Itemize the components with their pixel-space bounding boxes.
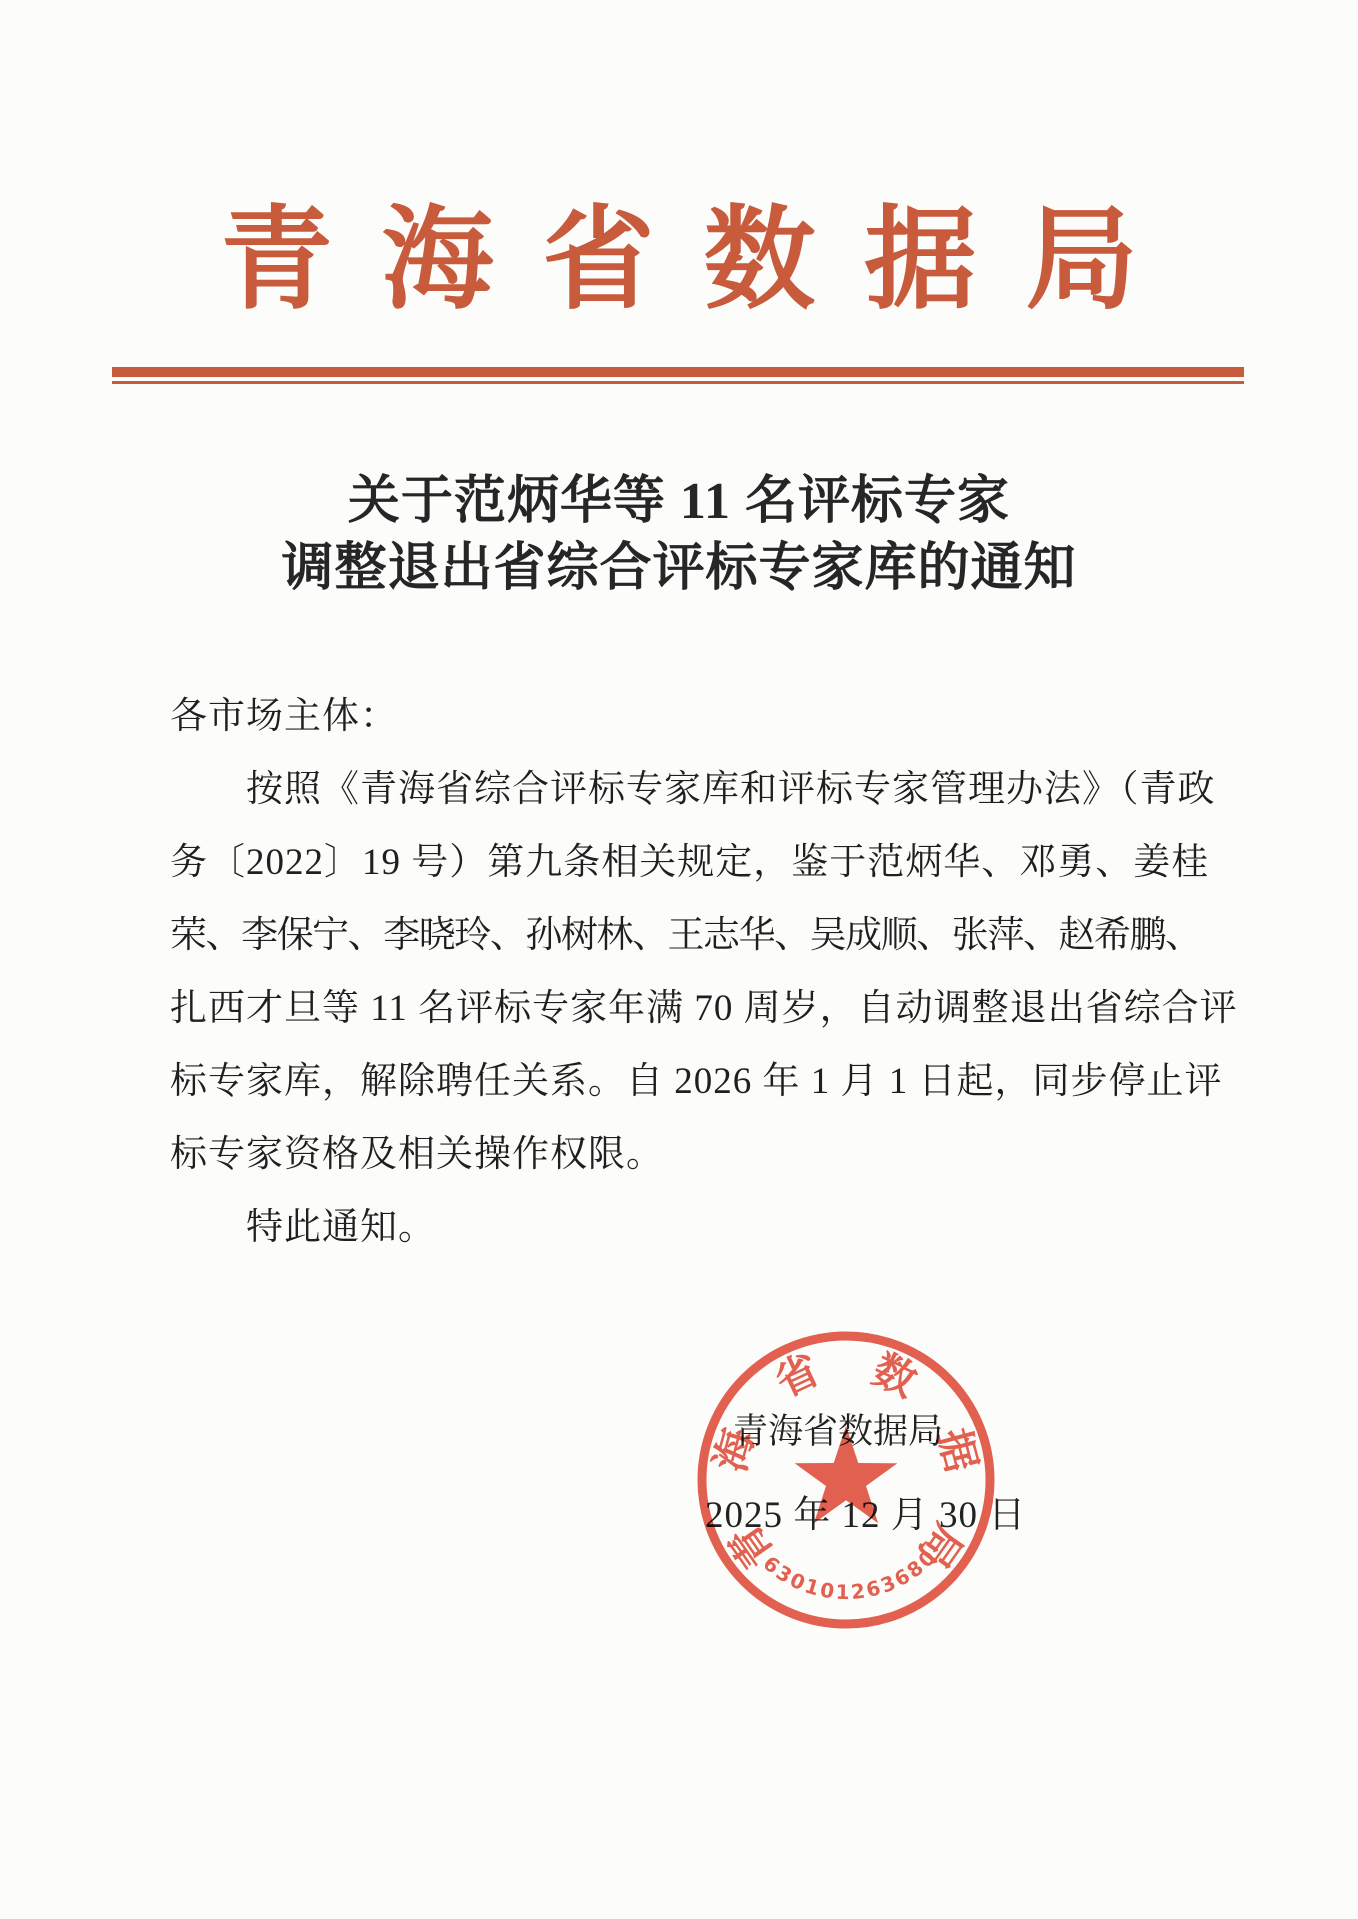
body-line: 按照《青海省综合评标专家库和评标专家管理办法》（青政 [170, 753, 1200, 826]
official-seal: 青 海 省 数 据 局 6301012636808 [686, 1320, 1006, 1640]
document-title: 关于范炳华等 11 名评标专家 调整退出省综合评标专家库的通知 [0, 468, 1358, 602]
document-title-line-2: 调整退出省综合评标专家库的通知 [0, 535, 1358, 602]
document-body: 各市场主体： 按照《青海省综合评标专家库和评标专家管理办法》（青政 务〔2022… [170, 680, 1200, 1264]
body-line: 标专家资格及相关操作权限。 [170, 1118, 1200, 1191]
document-page: 青海省数据局 关于范炳华等 11 名评标专家 调整退出省综合评标专家库的通知 各… [0, 0, 1358, 1919]
body-salutation: 各市场主体： [170, 680, 1200, 753]
letterhead-agency-name: 青海省数据局 [0, 196, 1358, 326]
seal-star-icon [795, 1426, 898, 1523]
body-line: 标专家库，解除聘任关系。自 2026 年 1 月 1 日起，同步停止评 [170, 1045, 1200, 1118]
body-closing: 特此通知。 [170, 1191, 1200, 1264]
body-line: 务〔2022〕19 号）第九条相关规定，鉴于范炳华、邓勇、姜桂 [170, 826, 1200, 899]
svg-text:海: 海 [707, 1424, 763, 1477]
body-line: 荣、李保宁、李晓玲、孙树林、王志华、吴成顺、张萍、赵希鹏、 [170, 899, 1200, 972]
letterhead-divider-rule [112, 367, 1244, 384]
body-line: 扎西才旦等 11 名评标专家年满 70 周岁，自动调整退出省综合评 [170, 972, 1200, 1045]
svg-text:据: 据 [928, 1424, 984, 1477]
document-title-line-1: 关于范炳华等 11 名评标专家 [0, 468, 1358, 535]
